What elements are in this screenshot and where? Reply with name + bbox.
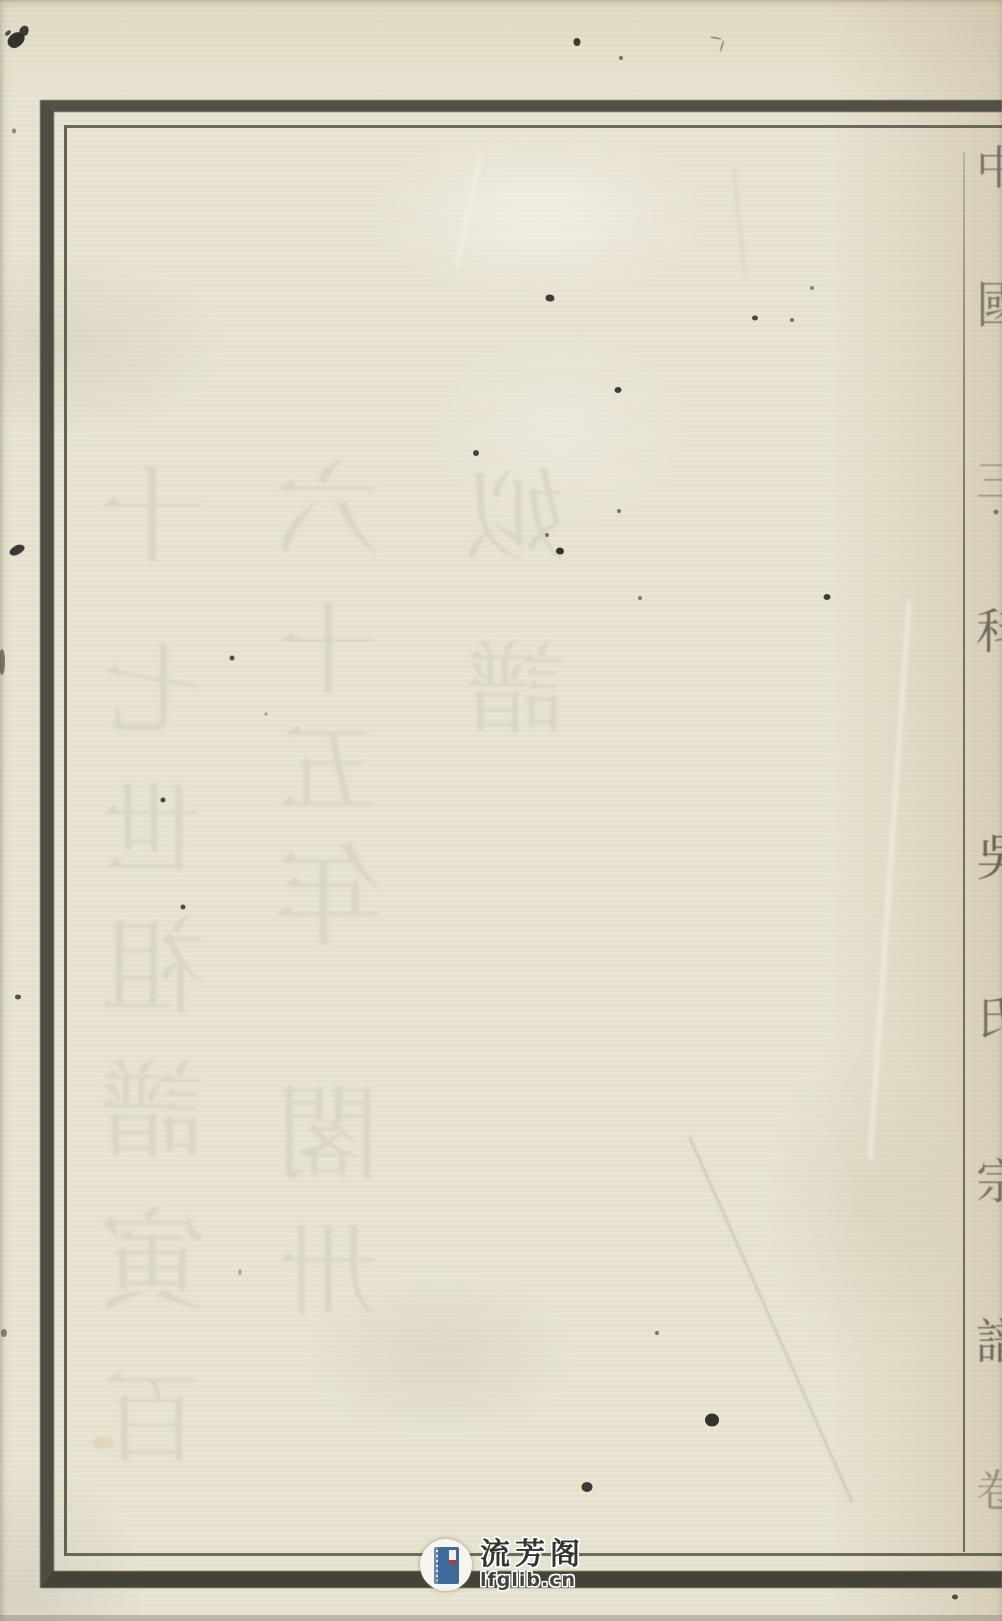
- ink-spot: [8, 543, 26, 558]
- scanned-genealogy-page: 姒譜六十五年閣卅十七世祖譜寅百 中國三科吳氏宗譜卷 流芳阁 lfglib.cn: [0, 0, 1002, 1621]
- watermark-site-url: lfglib.cn: [480, 1571, 585, 1591]
- ink-spot: [230, 656, 235, 661]
- ink-spot: [719, 40, 724, 52]
- ink-spot: [790, 318, 794, 322]
- ink-spot: [545, 533, 549, 537]
- ink-spot: [582, 1482, 593, 1492]
- watermark: 流芳阁 lfglib.cn: [420, 1530, 630, 1600]
- ink-spot: [239, 1269, 242, 1275]
- ink-spot: [994, 510, 999, 515]
- ink-spot: [710, 36, 722, 40]
- ink-spot: [1, 1329, 7, 1337]
- ink-spot: [952, 1595, 958, 1600]
- book-cover: [434, 1547, 459, 1584]
- ink-spot: [545, 293, 556, 302]
- photo-bottom-edge: [0, 1615, 1002, 1621]
- watermark-text: 流芳阁 lfglib.cn: [480, 1539, 585, 1591]
- ink-spot: [705, 1414, 719, 1427]
- ink-spot: [92, 1437, 114, 1449]
- ink-spot: [655, 1331, 659, 1335]
- ink-spot: [265, 713, 268, 716]
- watermark-site-name: 流芳阁: [480, 1539, 585, 1571]
- ink-spot: [555, 546, 565, 555]
- ink-spot: [810, 286, 814, 290]
- ink-spot: [617, 509, 621, 513]
- ink-spot: [12, 129, 16, 134]
- ink-spot: [638, 596, 642, 600]
- ink-spots-layer: [0, 0, 1002, 1621]
- book-icon: [420, 1539, 472, 1591]
- ink-spot: [181, 905, 186, 910]
- ink-spot: [752, 316, 758, 321]
- ink-spot: [574, 38, 581, 46]
- ink-spot: [614, 386, 622, 393]
- ink-spot: [0, 649, 5, 675]
- ink-spot: [619, 56, 623, 60]
- ink-spot: [824, 594, 831, 600]
- ink-spot: [15, 995, 21, 1000]
- ink-spot: [161, 798, 166, 803]
- ink-spot: [473, 450, 479, 456]
